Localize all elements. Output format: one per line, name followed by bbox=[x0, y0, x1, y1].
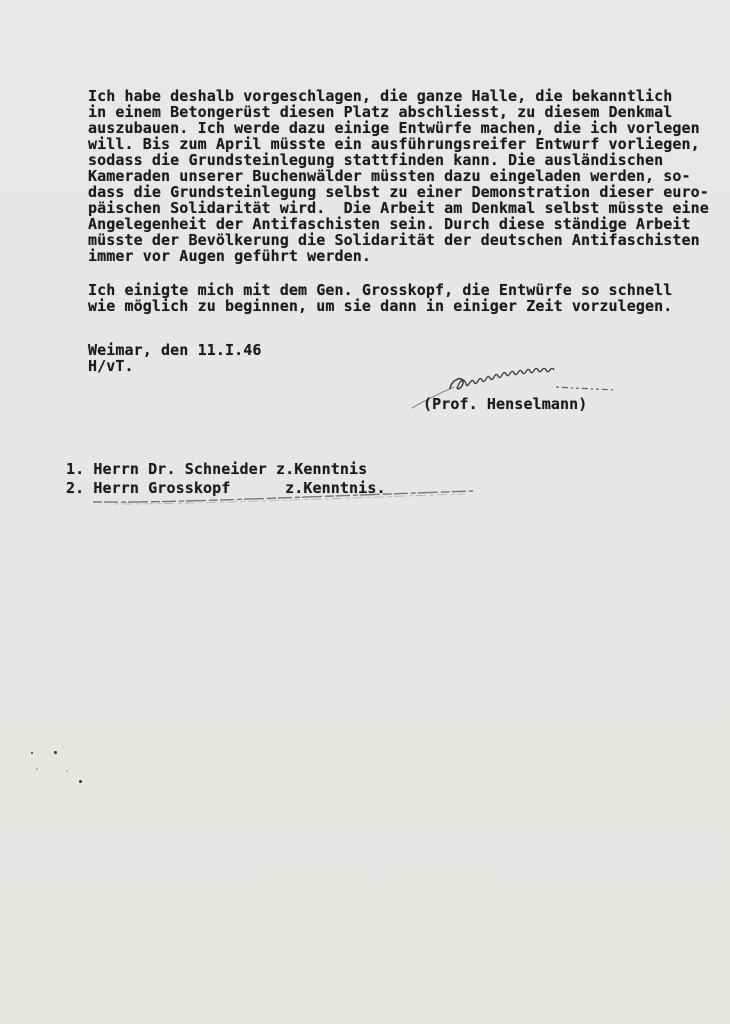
scan-speck bbox=[54, 751, 57, 754]
paragraph-agreement: Ich einigte mich mit dem Gen. Grosskopf,… bbox=[88, 282, 672, 314]
signature-name: (Prof. Henselmann) bbox=[423, 396, 587, 412]
pencil-underline-icon bbox=[85, 484, 480, 508]
scan-speck bbox=[628, 200, 630, 202]
document-page: Ich habe deshalb vorgeschlagen, die ganz… bbox=[0, 0, 730, 1024]
dateline-and-initials: Weimar, den 11.I.46 H/vT. bbox=[88, 342, 261, 374]
scan-speck bbox=[36, 768, 38, 770]
paragraph-main: Ich habe deshalb vorgeschlagen, die ganz… bbox=[88, 88, 709, 264]
scan-speck bbox=[79, 780, 82, 783]
scan-speck bbox=[31, 752, 33, 754]
scan-speck bbox=[66, 770, 68, 772]
